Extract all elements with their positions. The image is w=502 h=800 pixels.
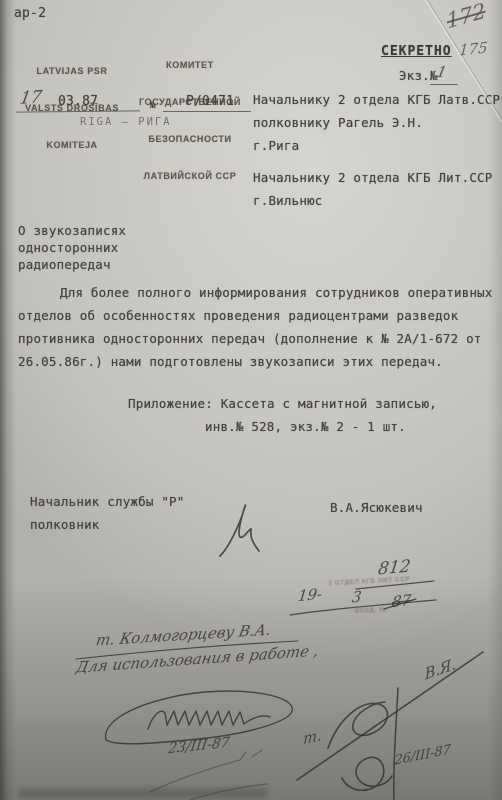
copy-number-handwritten: 1 xyxy=(435,63,448,81)
secrecy-number-handwritten: 175 xyxy=(458,38,488,59)
receipt-stamp: 2 ОТДЕЛ КГБ ЛИТ ССР ВХОД. № xyxy=(304,554,436,639)
signer-position-line1: Начальник службы "Р" xyxy=(30,494,185,509)
initials-right: В.Я. xyxy=(424,654,457,683)
archive-number-top: 172 xyxy=(445,0,487,34)
receipt-date-year: 87 xyxy=(391,591,412,611)
letterhead-russian-line: ЛАТВИЙСКОЙ ССР xyxy=(124,170,256,182)
signer-position-line2: полковник xyxy=(30,517,100,532)
flourish-signature-zigzag xyxy=(148,711,270,729)
resolution-addressee: т. Колмогорцеву В.А. xyxy=(94,621,272,650)
addressee-line: Начальнику 2 отдела КГБ Латв.ССР xyxy=(253,92,500,107)
subject-line: односторонних xyxy=(18,240,118,255)
letterhead-russian-line: БЕЗОПАСНОСТИ xyxy=(124,133,256,145)
resolution-date-right: 26/III-87 xyxy=(394,742,451,768)
attachment-line1: Приложение: Кассета с магнитной записью, xyxy=(128,396,437,411)
addressee-line: г.Вильнюс xyxy=(253,193,323,208)
secrecy-stamp: СЕКРЕТНО xyxy=(381,44,452,60)
doc-number: Р/0471 xyxy=(186,94,234,110)
city-line: RIGA — РИГА xyxy=(80,116,172,129)
doc-number-underline xyxy=(163,111,251,112)
number-sign: № xyxy=(150,101,156,112)
receipt-number-handwritten: 812 xyxy=(377,556,412,579)
letterhead-latvian-line: KOMITEJA xyxy=(18,139,126,151)
attachment-line2: инв.№ 528, экз.№ 2 - 1 шт. xyxy=(205,419,406,434)
right-signature-loops xyxy=(342,757,392,790)
flourish-signature-oval xyxy=(106,691,293,744)
document-scan: ар-2 172 LATVIJAS PSR VALSTS DROŠĪBAS KO… xyxy=(0,0,502,800)
date-typed: 03.87 xyxy=(58,94,98,110)
receipt-stamp-line1: 2 ОТДЕЛ КГБ ЛИТ ССР xyxy=(305,573,433,589)
date-handwritten: 17 xyxy=(18,87,43,109)
addressee-line: Начальнику 2 отдела КГБ Лит.ССР xyxy=(253,170,493,185)
receipt-stamp-line2: ВХОД. № xyxy=(307,602,435,618)
copy-label: Экз.№ xyxy=(399,68,438,83)
resolution-date-left: 23/III-87 xyxy=(167,735,231,758)
corner-code: ар-2 xyxy=(14,6,46,22)
vertical-pen-stroke xyxy=(394,688,398,800)
bottom-smudge xyxy=(18,788,268,798)
receipt-date-day: 19- xyxy=(297,585,323,605)
letterhead-latvian-line: LATVIJAS PSR xyxy=(18,65,126,77)
subject-line: О звукозаписях xyxy=(18,223,126,238)
copy-number-underline xyxy=(430,84,458,85)
right-signature-squiggle xyxy=(328,702,387,748)
to-abbrev-right: т. xyxy=(303,726,322,748)
subject-line: радиопередач xyxy=(18,257,111,272)
signer-name: В.А.Ясюкевич xyxy=(330,500,423,515)
addressee-line: полковнику Рагель Э.Н. xyxy=(253,115,423,130)
body-paragraph: Для более полного информирования сотрудн… xyxy=(18,281,494,373)
letterhead-russian-line: КОМИТЕТ xyxy=(124,59,256,71)
addressee-line: г.Рига xyxy=(253,138,299,153)
initial-signature-k xyxy=(220,505,259,556)
